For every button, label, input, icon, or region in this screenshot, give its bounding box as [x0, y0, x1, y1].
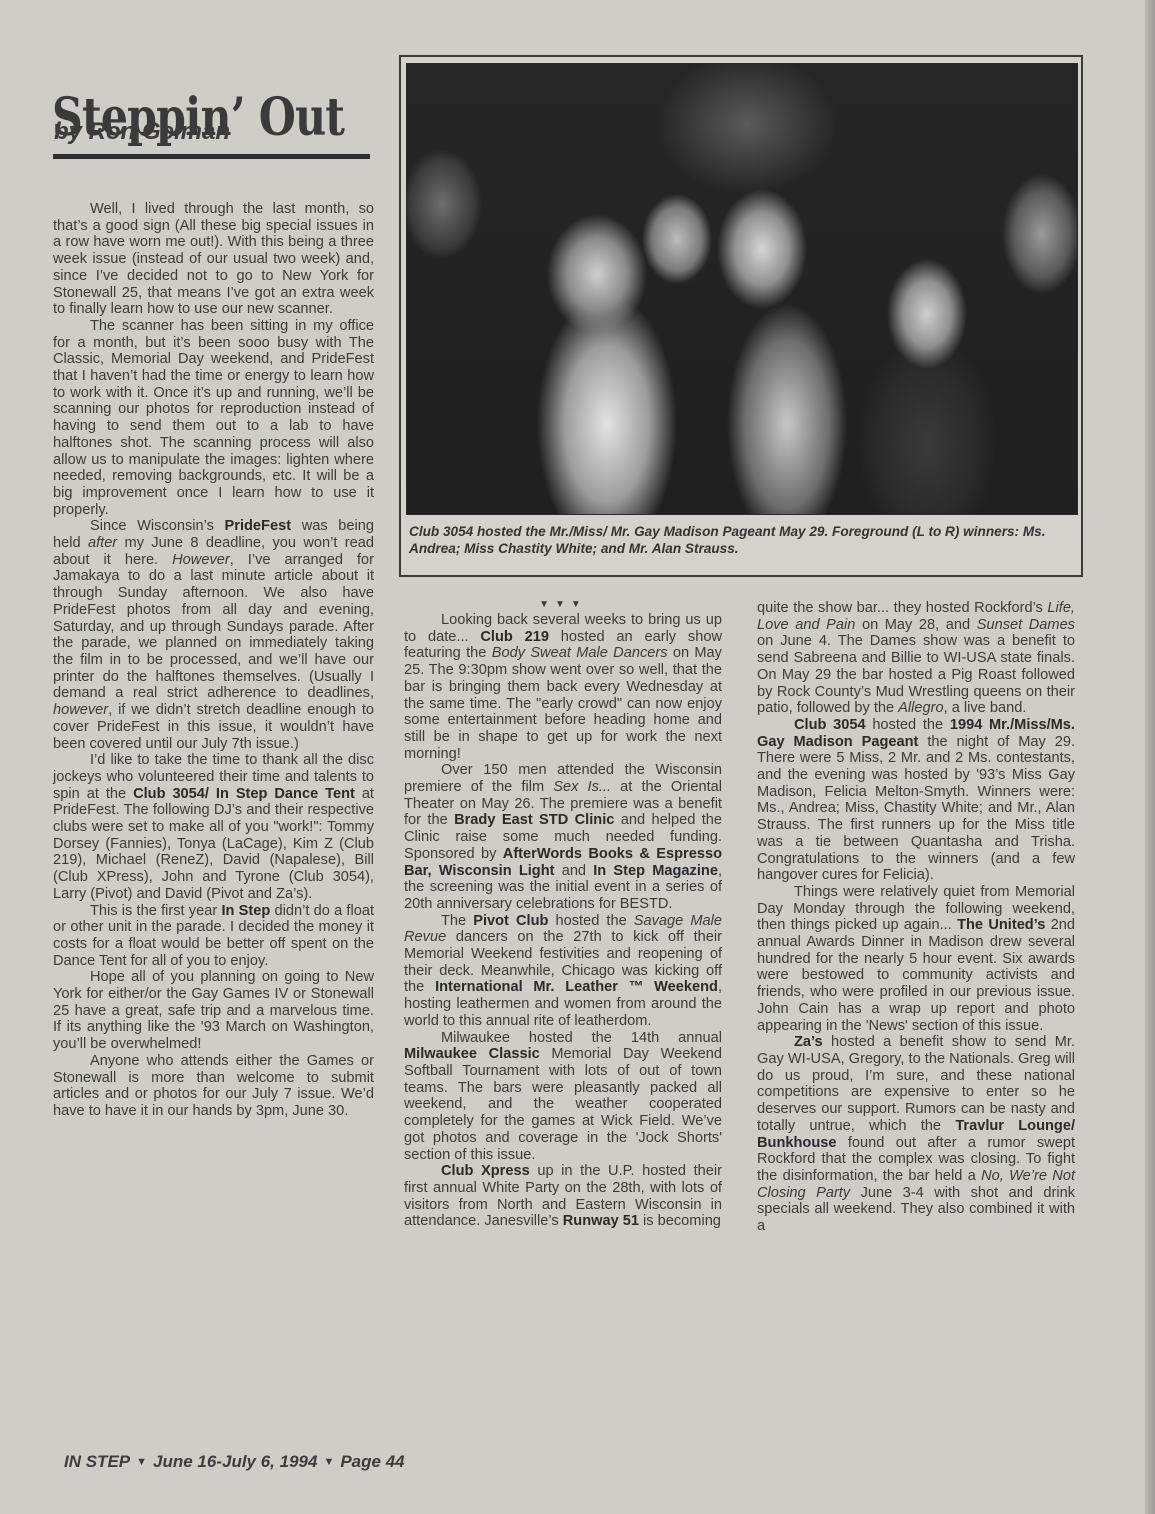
- issue-dates: June 16-July 6, 1994: [153, 1452, 317, 1471]
- paragraph: Milwaukee hosted the 14th annual Milwauk…: [404, 1030, 722, 1164]
- paragraph: Looking back several weeks to bring us u…: [404, 612, 722, 762]
- page-edge-shadow: [1145, 0, 1155, 1514]
- paragraph: Club 3054 hosted the 1994 Mr./Miss/Ms. G…: [757, 717, 1075, 884]
- column-1: Well, I lived through the last month, so…: [53, 201, 374, 1120]
- paragraph: quite the show bar... they hosted Rockfo…: [757, 600, 1075, 717]
- column-3: quite the show bar... they hosted Rockfo…: [757, 600, 1075, 1235]
- pageant-photo: [406, 63, 1078, 515]
- paragraph: Za’s hosted a benefit show to send Mr. G…: [757, 1034, 1075, 1234]
- publication-name: IN STEP: [64, 1452, 130, 1471]
- section-separator-triangles: ▼▼▼: [404, 598, 722, 612]
- title-rule: [53, 154, 370, 159]
- column-2: ▼▼▼ Looking back several weeks to bring …: [404, 598, 722, 1230]
- paragraph: Well, I lived through the last month, so…: [53, 201, 374, 318]
- paragraph: I’d like to take the time to thank all t…: [53, 752, 374, 902]
- paragraph: Hope all of you planning on going to New…: [53, 969, 374, 1053]
- page-footer: IN STEP▼June 16-July 6, 1994▼Page 44: [64, 1452, 405, 1472]
- paragraph: Anyone who attends either the Games or S…: [53, 1053, 374, 1120]
- paragraph: Over 150 men attended the Wisconsin prem…: [404, 762, 722, 912]
- byline: by Ron Geiman: [54, 118, 230, 146]
- paragraph: Club Xpress up in the U.P. hosted their …: [404, 1163, 722, 1230]
- page-number: Page 44: [340, 1452, 404, 1471]
- paragraph: Since Wisconsin’s PrideFest was being he…: [53, 518, 374, 752]
- triangle-separator-icon: ▼: [323, 1456, 334, 1468]
- paragraph: The Pivot Club hosted the Savage Male Re…: [404, 913, 722, 1030]
- photo-frame: Club 3054 hosted the Mr./Miss/ Mr. Gay M…: [399, 55, 1083, 577]
- paragraph: Things were relatively quiet from Memori…: [757, 884, 1075, 1034]
- photo-caption: Club 3054 hosted the Mr./Miss/ Mr. Gay M…: [409, 523, 1073, 557]
- paragraph: The scanner has been sitting in my offic…: [53, 318, 374, 518]
- paragraph: This is the first year In Step didn’t do…: [53, 903, 374, 970]
- triangle-separator-icon: ▼: [136, 1456, 147, 1468]
